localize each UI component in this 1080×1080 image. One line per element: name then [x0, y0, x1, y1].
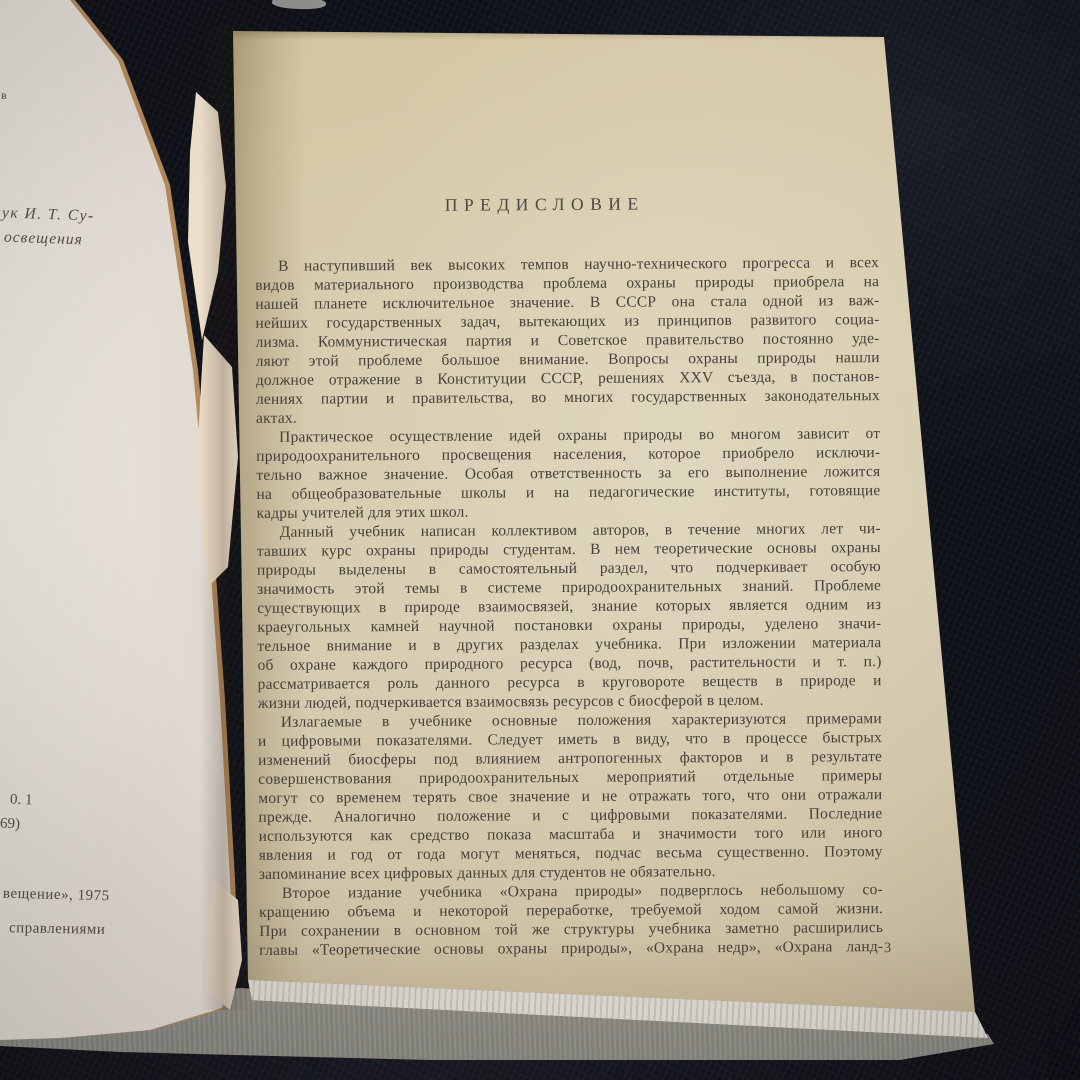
text-line: главы «Теоретические основы охраны приро…	[259, 937, 883, 960]
left-page-text-fragment: справлениями	[9, 920, 106, 939]
left-page-text-fragment: вещение», 1975	[3, 886, 110, 906]
left-page-text-fragment: ук И. Т. Су-	[2, 204, 95, 225]
text-line: рассматривается роль данного ресурса в к…	[258, 671, 882, 694]
page-number: 3	[884, 940, 891, 957]
text-line: явления и год от года могут меняться, по…	[259, 842, 883, 865]
preface-body-text: В наступивший век высоких темпов научно-…	[255, 253, 883, 960]
left-page-text-fragment: 69)	[0, 816, 20, 834]
left-page-text-fragment: освещения	[4, 229, 83, 250]
left-page-text-fragment: в	[1, 88, 7, 103]
page-title: ПРЕДИСЛОВИЕ	[255, 192, 879, 216]
book-photo: в ук И. Т. Су- освещения 0. 1 69) вещени…	[0, 0, 1080, 1080]
text-line: лениях партии и правительства, во многих…	[256, 386, 880, 409]
preface-page-content: ПРЕДИСЛОВИЕ В наступивший век высоких те…	[255, 192, 884, 960]
left-page-text-fragment: 0. 1	[10, 792, 33, 810]
text-line: на общеобразовательные школы и на педаго…	[256, 481, 880, 504]
